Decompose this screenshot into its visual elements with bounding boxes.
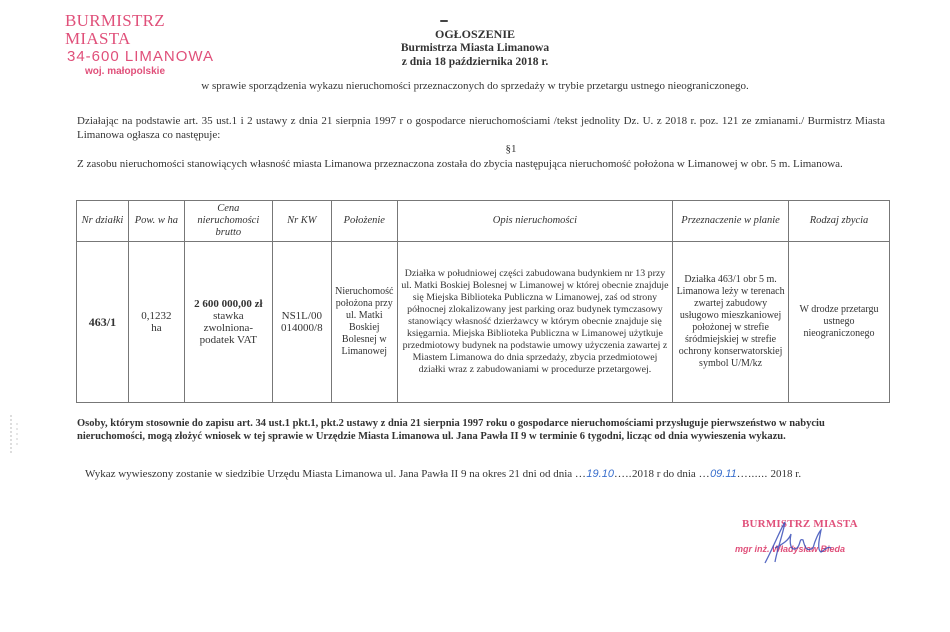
stamp-line-1: BURMISTRZ MIASTA xyxy=(65,12,235,48)
cell-powierzchnia: 0,1232 ha xyxy=(128,242,184,403)
pow-value: 0,1232 xyxy=(132,310,181,322)
cell-polozenie: Nieruchomość położona przy ul. Matki Bos… xyxy=(331,242,397,403)
cell-cena: 2 600 000,00 zł stawka zwolniona- podate… xyxy=(184,242,272,403)
col-header-przeznaczenie: Przeznaczenie w planie xyxy=(673,201,789,242)
property-table: Nr działki Pow. w ha Cena nieruchomości … xyxy=(76,200,890,403)
table-row: 463/1 0,1232 ha 2 600 000,00 zł stawka z… xyxy=(77,242,890,403)
section1-paragraph: Z zasobu nieruchomości stanowiących włas… xyxy=(77,157,885,171)
document-header: OGŁOSZENIE Burmistrza Miasta Limanowa z … xyxy=(300,27,650,69)
cena-kwota: 2 600 000,00 zł xyxy=(188,298,269,310)
scan-artifact-icon xyxy=(8,415,20,455)
document-date: z dnia 18 października 2018 r. xyxy=(300,55,650,69)
posting-period-line: Wykaz wywieszony zostanie w siedzibie Ur… xyxy=(85,468,885,480)
posting-from-suffix: 2018 r do dnia xyxy=(632,468,699,480)
official-stamp-top: BURMISTRZ MIASTA 34-600 LIMANOWA woj. ma… xyxy=(65,12,235,78)
col-header-opis: Opis nieruchomości xyxy=(397,201,672,242)
col-header-rodzaj-zbycia: Rodzaj zbycia xyxy=(789,201,890,242)
posting-prefix: Wykaz wywieszony zostanie w siedzibie Ur… xyxy=(85,468,575,480)
stamp-line-3: woj. małopolskie xyxy=(85,66,235,78)
document-title: OGŁOSZENIE xyxy=(300,27,650,41)
table-header-row: Nr działki Pow. w ha Cena nieruchomości … xyxy=(77,201,890,242)
priority-notice: Osoby, którym stosownie do zapisu art. 3… xyxy=(77,417,885,443)
document-subject: w sprawie sporządzenia wykazu nieruchomo… xyxy=(70,80,880,92)
intro-paragraph: Działając na podstawie art. 35 ust.1 i 2… xyxy=(77,114,885,142)
section-sign: §1 xyxy=(77,143,885,155)
handwritten-from-date: 19.10 xyxy=(586,468,614,480)
col-header-polozenie: Położenie xyxy=(331,201,397,242)
cell-rodzaj-zbycia: W drodze przetargu ustnego nieograniczon… xyxy=(789,242,890,403)
handwritten-to-date: 09.11 xyxy=(710,468,737,480)
scan-mark xyxy=(440,20,448,22)
document-issuer: Burmistrza Miasta Limanowa xyxy=(300,41,650,55)
cell-przeznaczenie: Działka 463/1 obr 5 m. Limanowa leży w t… xyxy=(673,242,789,403)
col-header-nr-dzialki: Nr działki xyxy=(77,201,129,242)
col-header-cena: Cena nieruchomości brutto xyxy=(184,201,272,242)
col-header-nr-kw: Nr KW xyxy=(272,201,331,242)
pow-unit: ha xyxy=(132,322,181,334)
cell-nr-kw: NS1L/00 014000/8 xyxy=(272,242,331,403)
handwritten-signature-icon xyxy=(755,518,845,568)
cell-opis: Działka w południowej części zabudowana … xyxy=(397,242,672,403)
stamp-line-2: 34-600 LIMANOWA xyxy=(67,48,235,66)
cena-uwaga: stawka zwolniona- podatek VAT xyxy=(188,310,269,346)
col-header-powierzchnia: Pow. w ha xyxy=(128,201,184,242)
cell-nr-dzialki: 463/1 xyxy=(77,242,129,403)
posting-to-suffix: 2018 r. xyxy=(768,468,801,480)
